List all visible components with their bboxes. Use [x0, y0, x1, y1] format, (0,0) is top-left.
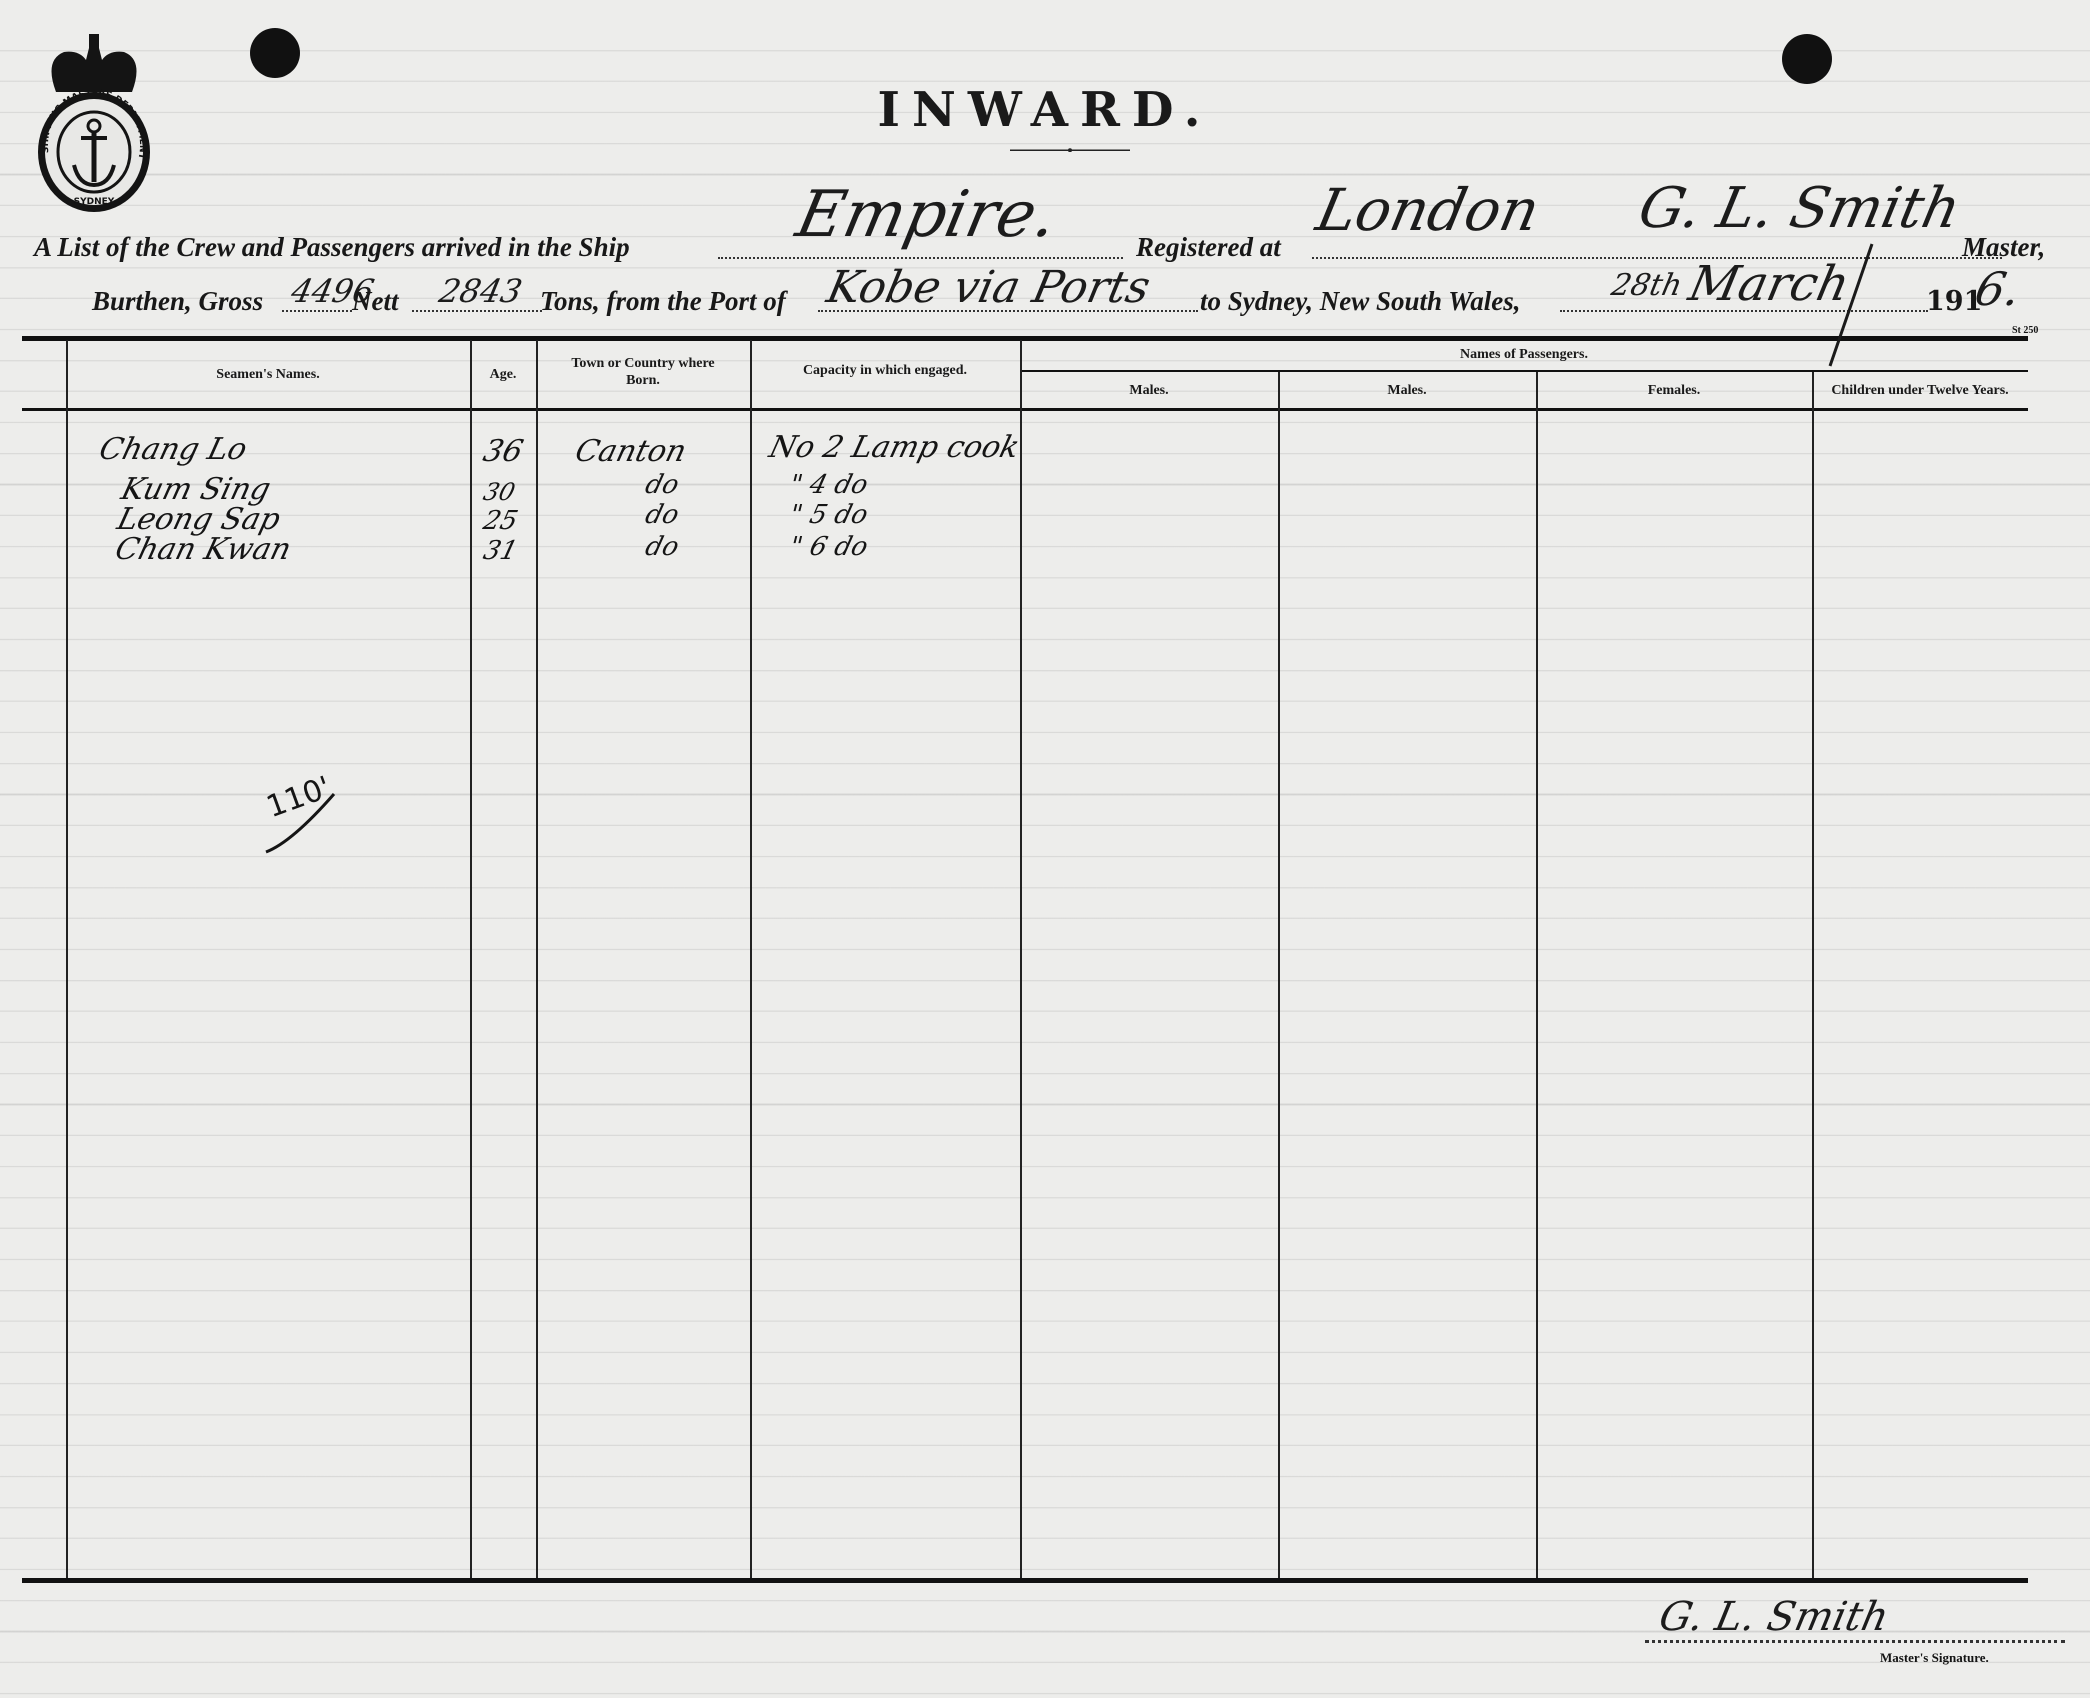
col-line-1	[66, 340, 68, 1578]
nett-label: Nett	[352, 286, 399, 317]
seaman-capacity: No 2 Lamp cook	[766, 430, 1023, 465]
col-line-3	[536, 340, 538, 1578]
seaman-name: Chan Kwan	[112, 532, 295, 567]
seaman-capacity: " 6 do	[786, 532, 871, 562]
pen-stroke-mark	[1820, 240, 1880, 370]
document-title: INWARD.	[0, 82, 2090, 138]
col-line-8	[1812, 372, 1814, 1578]
destination-label: to Sydney, New South Wales,	[1200, 286, 1521, 317]
col-line-7	[1536, 372, 1538, 1578]
signature-dotted-line	[1645, 1640, 2065, 1643]
col-line-5	[1020, 340, 1022, 1578]
col-line-6	[1278, 372, 1280, 1578]
col-header-males-1: Males.	[1020, 382, 1278, 399]
burthen-gross-label: Burthen, Gross	[92, 286, 263, 317]
tons-from-port-label: Tons, from the Port of	[540, 286, 786, 317]
seaman-capacity: " 5 do	[786, 500, 871, 530]
seaman-born: Canton	[572, 434, 690, 469]
col-header-age: Age.	[470, 366, 536, 383]
seaman-name: Chang Lo	[96, 432, 251, 467]
registered-dotted-line	[1312, 257, 2002, 259]
col-line-4	[750, 340, 752, 1578]
year-suffix: 6.	[1970, 262, 2025, 316]
from-port: Kobe via Ports	[823, 262, 1155, 313]
title-ornament-rule	[1010, 148, 1130, 152]
header-line1-prefix: A List of the Crew and Passengers arrive…	[34, 232, 630, 263]
svg-text:·SYDNEY·: ·SYDNEY·	[70, 197, 118, 207]
ship-name-dotted-line	[718, 257, 1123, 259]
seaman-born: do	[642, 532, 682, 562]
margin-tick-mark	[262, 790, 342, 860]
seaman-born: do	[642, 500, 682, 530]
col-header-males-2: Males.	[1278, 382, 1536, 399]
seaman-born: do	[642, 470, 682, 500]
punch-hole-left	[250, 28, 300, 78]
col-header-capacity: Capacity in which engaged.	[750, 362, 1020, 379]
punch-hole-right	[1782, 34, 1832, 84]
col-header-females: Females.	[1536, 382, 1812, 399]
date-day: 28th	[1608, 268, 1685, 303]
master-label: Master,	[1962, 232, 2045, 263]
signature-label: Master's Signature.	[1880, 1650, 1989, 1666]
passengers-subheader-rule	[1022, 370, 2028, 372]
nett-tons: 2843	[436, 272, 526, 310]
table-header-bottom-rule	[22, 408, 2028, 411]
table-top-rule	[22, 336, 2028, 341]
seaman-age: 36	[480, 434, 527, 469]
form-code: St 250	[2012, 325, 2038, 336]
inward-crew-list-form: SHIPPING MASTERS DEPARTMENT ·SYDNEY· INW…	[0, 0, 2090, 1698]
registered-at: London	[1311, 176, 1546, 244]
col-line-2	[470, 340, 472, 1578]
master-signature: G. L. Smith	[1655, 1594, 1893, 1640]
col-header-children: Children under Twelve Years.	[1812, 382, 2028, 399]
master-name: G. L. Smith	[1633, 176, 1966, 241]
table-bottom-rule	[22, 1578, 2028, 1583]
gross-dotted-line	[282, 310, 352, 312]
seaman-age: 30	[481, 478, 519, 506]
col-header-born: Town or Country where Born.	[556, 355, 730, 389]
seaman-age: 25	[480, 506, 521, 536]
col-header-seamen-names: Seamen's Names.	[66, 366, 470, 383]
nett-dotted-line	[412, 310, 542, 312]
registered-label: Registered at	[1136, 232, 1281, 263]
seaman-age: 31	[480, 536, 521, 566]
seaman-capacity: " 4 do	[786, 470, 871, 500]
ship-name: Empire.	[790, 178, 1063, 252]
